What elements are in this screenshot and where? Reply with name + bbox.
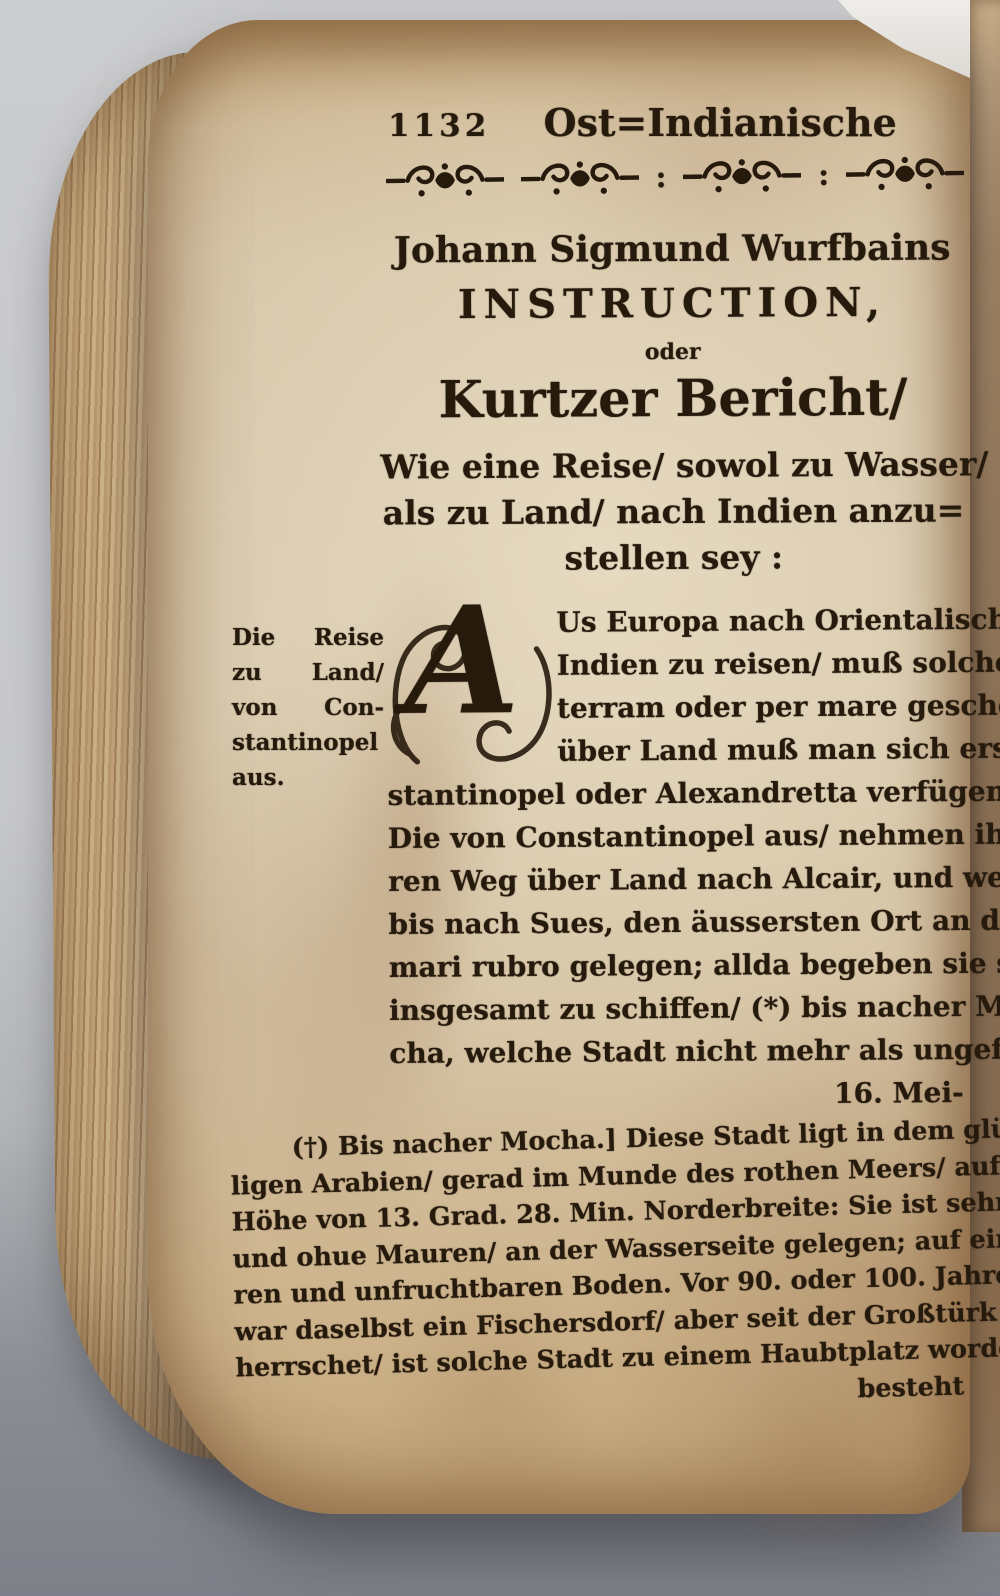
footnote: (†) Bis nacher Mocha.] Diese Stadt ligt … xyxy=(229,1112,968,1423)
subtitle-line: als zu Land/ nach Indien anzu= xyxy=(380,487,966,536)
page-number: 1132 xyxy=(388,108,490,144)
fleuron-icon xyxy=(386,159,505,201)
body-text: A Us Europa nach Orientalisch Indien zu … xyxy=(386,598,968,1118)
book-photograph: 1132 Ost=Indianische : xyxy=(0,0,1000,1596)
title-connector: oder xyxy=(380,337,966,366)
ornament-row: : : xyxy=(386,150,965,204)
margin-note-line: Die Reise xyxy=(232,620,384,655)
body-line: Die von Constantinopel aus/ nehmen ih- xyxy=(388,813,966,860)
body-line: insgesamt zu schiffen/ (*) bis nacher Mo… xyxy=(389,985,967,1032)
running-title: Ost=Indianische xyxy=(543,100,896,145)
catchword: 16. Mei- xyxy=(390,1071,968,1118)
ornament-colon: : xyxy=(818,157,830,192)
title-roman: INSTRUCTION, xyxy=(379,278,965,328)
title-main: Kurtzer Bericht/ xyxy=(380,367,966,430)
subtitle-line: Wie eine Reise/ sowol zu Wasser/ xyxy=(380,441,966,490)
drop-cap: A xyxy=(386,601,557,734)
page-header: 1132 Ost=Indianische xyxy=(388,100,962,145)
margin-note-line: aus. xyxy=(232,760,384,795)
body-line: bis nach Sues, den äussersten Ort an dem xyxy=(388,899,966,946)
fleuron-icon xyxy=(521,158,640,200)
margin-note-line: von Con- xyxy=(232,690,384,725)
margin-note-line: zu Land/ xyxy=(232,655,384,690)
chapter-heading: Johann Sigmund Wurfbains INSTRUCTION, od… xyxy=(379,226,967,582)
author-line: Johann Sigmund Wurfbains xyxy=(379,226,965,271)
body-line: cha, welche Stadt nicht mehr als ungefäh… xyxy=(389,1028,967,1075)
margin-note-line: stantinopel xyxy=(232,725,384,760)
fleuron-icon xyxy=(683,155,802,197)
body-line: ren Weg über Land nach Alcair, und weite… xyxy=(388,856,966,903)
ornament-colon: : xyxy=(655,160,667,195)
margin-note: Die Reise zu Land/ von Con- stantinopel … xyxy=(232,620,384,795)
drop-cap-letter: A xyxy=(404,585,520,736)
body-line: mari rubro gelegen; allda begeben sie si… xyxy=(389,942,967,989)
fleuron-icon xyxy=(846,153,965,195)
